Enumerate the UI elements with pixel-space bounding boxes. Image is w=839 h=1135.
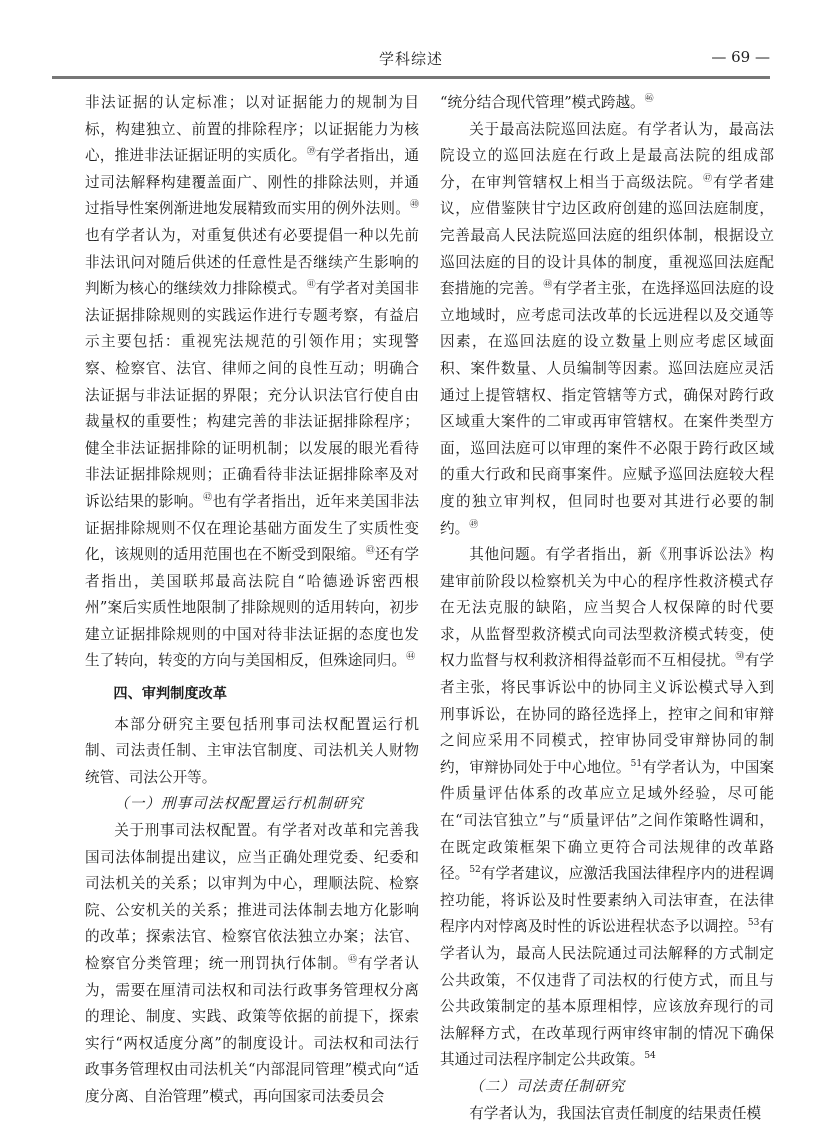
subheading-criminal-judicial-power: （一）刑事司法权配置运行机制研究 bbox=[85, 791, 419, 818]
right-column: “统分结合现代管理”模式跨越。㊻ 关于最高法院巡回法庭。有学者认为，最高法院设立… bbox=[440, 90, 774, 1127]
footnote-marker[interactable]: ㊵ bbox=[410, 201, 419, 211]
footnote-marker[interactable]: 52 bbox=[469, 865, 480, 875]
subheading-judicial-responsibility: （二）司法责任制研究 bbox=[440, 1074, 774, 1101]
footnote-marker[interactable]: ㊴ bbox=[307, 147, 316, 157]
page-number: — 69 — bbox=[711, 48, 770, 66]
left-column: 非法证据的认定标准；以对证据能力的规制为目标，构建独立、前置的排除程序；以证据能… bbox=[85, 90, 419, 1111]
footnote-marker[interactable]: ㊼ bbox=[703, 174, 713, 184]
footnote-marker[interactable]: ㊷ bbox=[203, 493, 212, 503]
paragraph-continued: “统分结合现代管理”模式跨越。㊻ bbox=[440, 90, 774, 117]
footnote-marker[interactable]: ㊺ bbox=[348, 955, 358, 965]
section-heading: 四、审判制度改革 bbox=[85, 681, 419, 708]
paragraph-circuit-court: 关于最高法院巡回法庭。有学者认为，最高法院设立的巡回法庭在行政上是最高法院的组成… bbox=[440, 117, 774, 543]
footnote-marker[interactable]: ㊿ bbox=[735, 653, 744, 663]
footnote-marker[interactable]: 53 bbox=[748, 919, 759, 929]
footnote-marker[interactable]: ㊹ bbox=[406, 653, 415, 663]
paragraph-exclusionary-rules: 非法证据的认定标准；以对证据能力的规制为目标，构建独立、前置的排除程序；以证据能… bbox=[85, 90, 419, 675]
paragraph-judicial-power-allocation: 关于刑事司法权配置。有学者对改革和完善我国司法体制提出建议，应当正确处理党委、纪… bbox=[85, 818, 419, 1111]
paragraph-other-issues: 其他问题。有学者指出，新《刑事诉讼法》构建审前阶段以检察机关为中心的程序性救济模… bbox=[440, 542, 774, 1074]
footnote-marker[interactable]: ㊸ bbox=[366, 546, 375, 556]
footnote-marker[interactable]: ㊻ bbox=[645, 94, 654, 104]
footnote-marker[interactable]: ㊾ bbox=[469, 520, 478, 530]
footnote-marker[interactable]: ㊽ bbox=[543, 280, 552, 290]
paragraph-judge-responsibility: 有学者认为，我国法官责任制度的结果责任模 bbox=[440, 1101, 774, 1128]
footnote-marker[interactable]: ㊶ bbox=[307, 280, 316, 290]
header-rule bbox=[52, 76, 770, 79]
footnote-marker[interactable]: 54 bbox=[644, 1052, 655, 1062]
footnote-marker[interactable]: 51 bbox=[631, 759, 642, 769]
section-intro: 本部分研究主要包括刑事司法权配置运行机制、司法责任制、主审法官制度、司法机关人财… bbox=[85, 712, 419, 792]
running-head: 学科综述 bbox=[52, 48, 770, 69]
